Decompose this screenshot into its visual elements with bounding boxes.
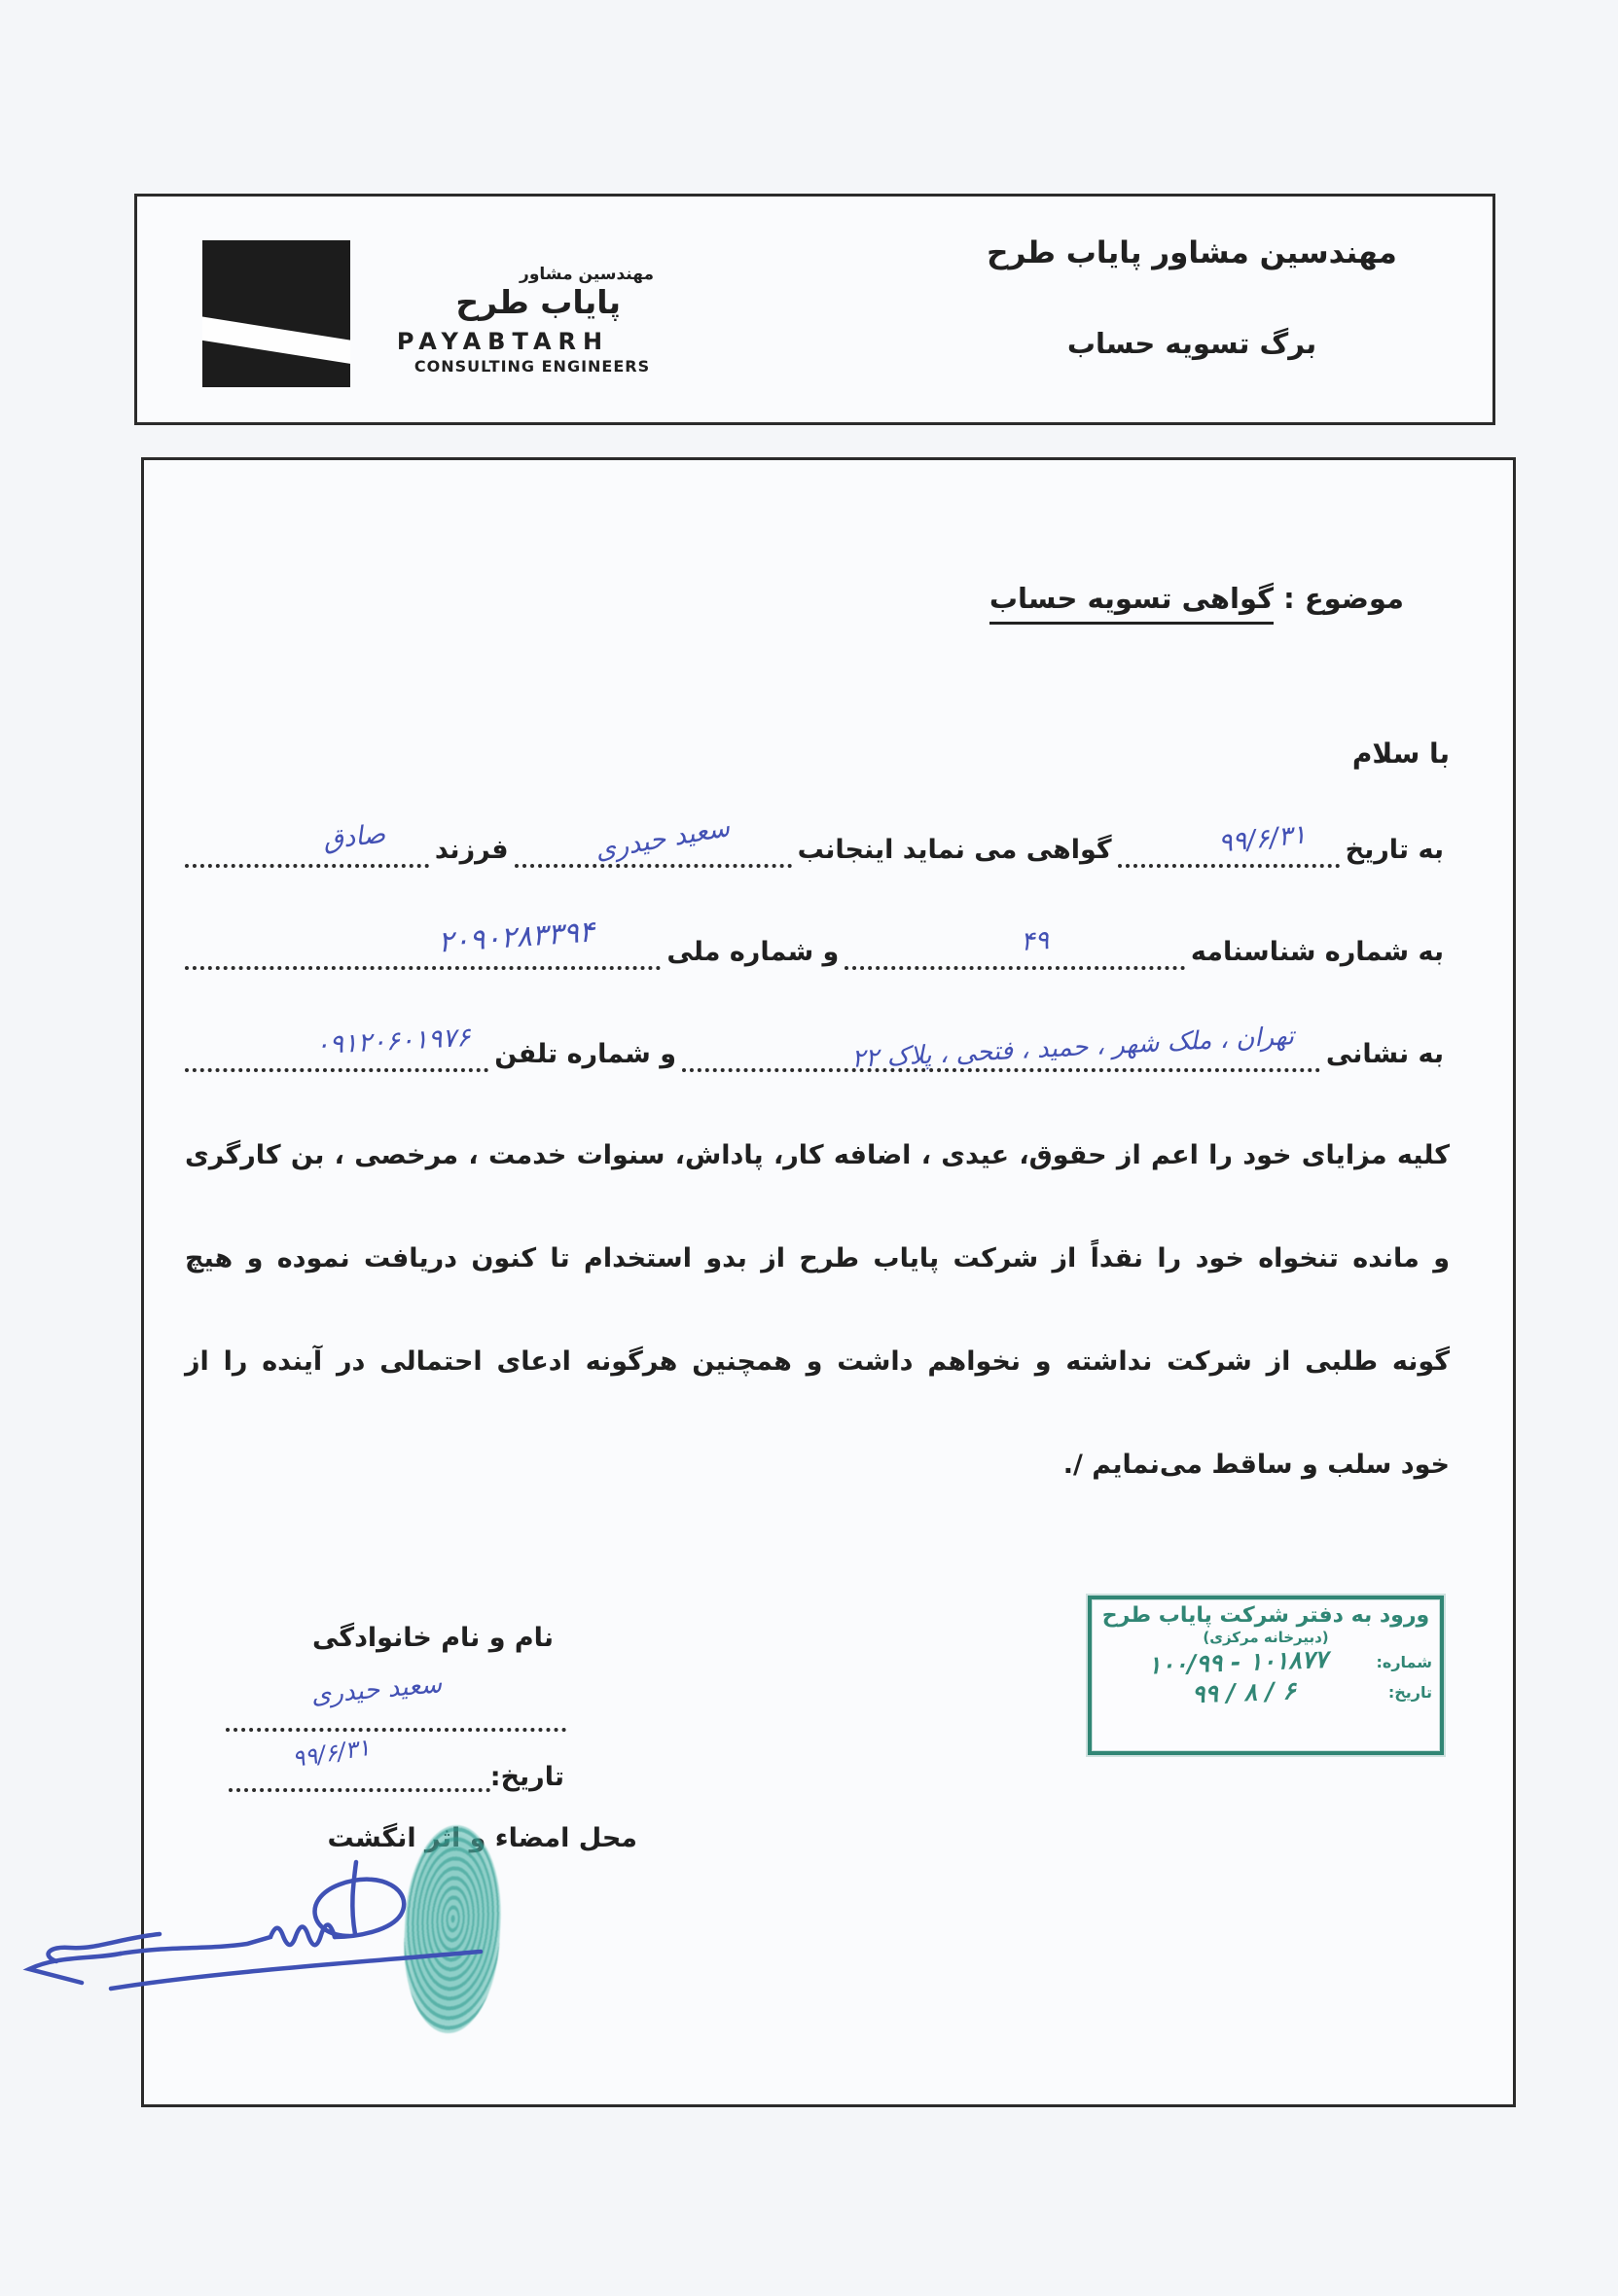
office-entry-stamp: ورود به دفتر شرکت پایاب طرح (دبیرخانه مر… xyxy=(1088,1596,1444,1755)
logo-diagonal-stripe xyxy=(202,314,350,366)
birth-cert-dotted-field: ۴۹ xyxy=(845,931,1185,970)
father-label: فرزند xyxy=(429,833,515,868)
stamp-date-row: تاریخ: ۹۹ / ۸ / ۶ xyxy=(1092,1678,1440,1706)
father-dotted-field: صادق xyxy=(185,829,429,868)
salutation: با سلام xyxy=(1352,737,1450,770)
stamp-number-row: شماره: ۱۰۰/۹۹ - ۱۰۱۸۷۷ xyxy=(1092,1648,1440,1676)
header-titles: مهندسین مشاور پایاب طرح برگ تسویه حساب xyxy=(963,235,1420,360)
handwritten-birth-cert-no: ۴۹ xyxy=(1020,925,1050,957)
subject-value: گواهی تسویه حساب xyxy=(989,582,1274,625)
date-dotted-field: ۹۹/۶/۳۱ xyxy=(1118,829,1340,868)
signature-date-label: تاریخ: xyxy=(490,1762,564,1792)
subject-label: موضوع : xyxy=(1283,582,1404,615)
address-dotted-field: تهران ، ملک شهر ، حمید ، فتحی ، پلاک ۲۲ xyxy=(682,1033,1320,1072)
stamp-number-label: شماره: xyxy=(1376,1653,1432,1671)
logo-brand-en-sub: CONSULTING ENGINEERS xyxy=(411,357,654,376)
handwritten-father-name: صادق xyxy=(321,819,386,856)
document-title: برگ تسویه حساب xyxy=(963,327,1420,360)
logo-brand-en: PAYABTARH xyxy=(352,328,654,355)
scanned-settlement-document: { "header": { "logo": { "brand_fa_small"… xyxy=(0,0,1618,2296)
name-dotted-field: سعید حیدری xyxy=(515,829,792,868)
handwritten-signature xyxy=(14,1841,520,2026)
fullname-label: نام و نام خانوادگی xyxy=(292,1623,574,1653)
address-label: به نشانی xyxy=(1320,1037,1450,1072)
logo-text-block: مهندسین مشاور پایاب طرح PAYABTARH CONSUL… xyxy=(352,265,654,376)
logo-brand-fa-large: پایاب طرح xyxy=(352,286,621,320)
body-paragraph-line-1: کلیه مزایای خود را اعم از حقوق، عیدی ، ا… xyxy=(185,1140,1450,1170)
form-row-date-name: به تاریخ ۹۹/۶/۳۱ گواهی می نماید اینجانب … xyxy=(185,829,1450,868)
signature-date-dotted-field xyxy=(229,1753,490,1792)
phone-label: و شماره تلفن xyxy=(488,1037,682,1072)
birth-cert-label: به شماره شناسنامه xyxy=(1185,935,1450,970)
subject-line: موضوع : گواهی تسویه حساب xyxy=(989,582,1404,615)
stamp-date-label: تاریخ: xyxy=(1388,1683,1432,1702)
form-row-id-numbers: به شماره شناسنامه ۴۹ و شماره ملی ۲۰۹۰۲۸۳… xyxy=(185,931,1450,970)
stamp-subtitle: (دبیرخانه مرکزی) xyxy=(1092,1629,1440,1646)
body-paragraph-line-3: گونه طلبی از شرکت نداشته و نخواهم داشت و… xyxy=(185,1346,1450,1377)
signature-date-row: تاریخ: xyxy=(229,1753,564,1792)
stamp-title: ورود به دفتر شرکت پایاب طرح xyxy=(1092,1603,1440,1628)
company-title: مهندسین مشاور پایاب طرح xyxy=(963,235,1420,270)
date-label: به تاریخ xyxy=(1340,833,1450,868)
body-paragraph-line-4: خود سلب و ساقط می‌نمایم /. xyxy=(185,1450,1450,1480)
phone-dotted-field: ۰۹۱۲۰۶۰۱۹۷۶ xyxy=(185,1033,488,1072)
body-paragraph-line-2: و مانده تنخواه خود را نقداً از شرکت پایا… xyxy=(185,1243,1450,1274)
fullname-dotted-line xyxy=(226,1697,566,1732)
national-id-dotted-field: ۲۰۹۰۲۸۳۳۹۴ xyxy=(185,931,661,970)
logo-brand-fa-small: مهندسین مشاور xyxy=(352,265,654,284)
form-row-address-phone: به نشانی تهران ، ملک شهر ، حمید ، فتحی ،… xyxy=(185,1033,1450,1072)
company-logo-icon xyxy=(202,240,350,387)
certifies-label: گواهی می نماید اینجانب xyxy=(792,833,1118,868)
national-id-label: و شماره ملی xyxy=(661,935,845,970)
